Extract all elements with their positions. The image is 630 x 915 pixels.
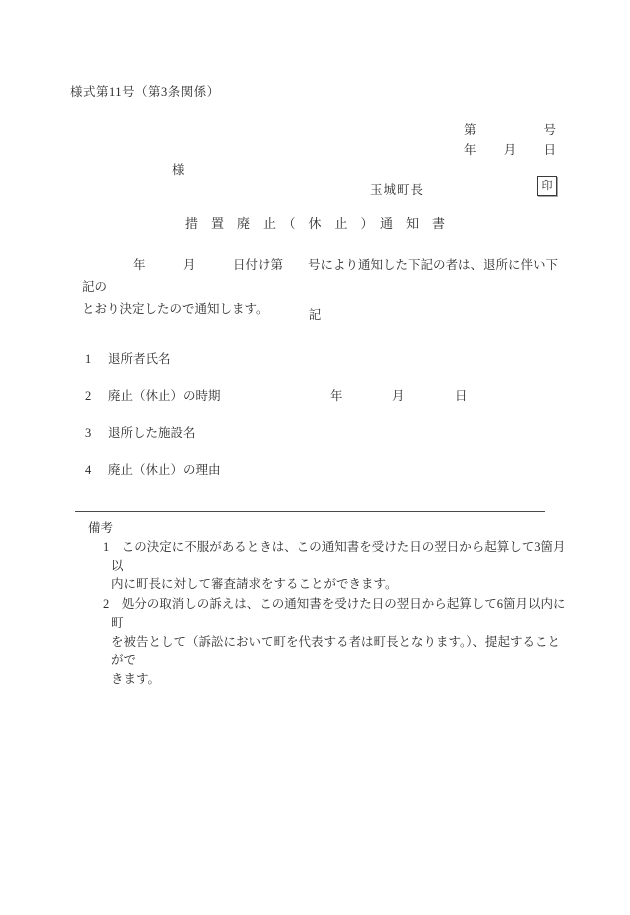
seal-placeholder-box: 印 [537, 176, 557, 196]
item-number: 1 [85, 352, 108, 367]
date-year-label: 年 [464, 140, 477, 158]
notice-form-page: 様式第11号（第3条関係） 第 号 年 月 日 様 玉城町長 印 措 置 廃 止… [0, 0, 630, 915]
document-title: 措 置 廃 止 （ 休 止 ） 通 知 書 [0, 213, 630, 232]
seal-character: 印 [542, 181, 553, 192]
item-number: 3 [85, 426, 108, 441]
item-label: 廃止（休止）の理由 [108, 463, 221, 477]
document-number-prefix: 第 [464, 120, 477, 138]
form-number-label: 様式第11号（第3条関係） [70, 82, 220, 100]
remarks-note-lawsuit: 2 処分の取消しの訴えは、この通知書を受けた日の翌日から起算して6箇月以内に町 … [111, 595, 568, 689]
date-day-label: 日 [543, 140, 556, 158]
item2-year-label: 年 [330, 386, 343, 404]
remarks-heading: 備考 [88, 518, 630, 536]
document-number-line: 第 号 [464, 120, 556, 138]
item2-month-label: 月 [392, 386, 405, 404]
document-number-suffix: 号 [543, 120, 556, 138]
item-label: 退所した施設名 [108, 426, 196, 440]
sender-title: 玉城町長 [370, 180, 424, 198]
item-row-abolition-reason: 4廃止（休止）の理由 [0, 460, 630, 478]
item-label: 退所者氏名 [108, 352, 171, 366]
item-row-resident-name: 1退所者氏名 [0, 349, 630, 367]
addressee-honorific: 様 [172, 160, 185, 178]
remarks-section: 備考 1 この決定に不服があるときは、この通知書を受けた日の翌日から起算して3箇… [0, 511, 630, 690]
remarks-note-appeal: 1 この決定に不服があるときは、この通知書を受けた日の翌日から起算して3箇月以 … [111, 538, 568, 594]
remarks-divider [75, 511, 545, 512]
item2-day-label: 日 [455, 386, 468, 404]
issue-date-line: 年 月 日 [464, 140, 556, 158]
item-row-facility-name: 3退所した施設名 [0, 423, 630, 441]
item-label: 廃止（休止）の時期 [108, 389, 221, 403]
item-number: 4 [85, 463, 108, 478]
item-row-abolition-time: 2廃止（休止）の時期 年 月 日 [0, 386, 630, 404]
item-number: 2 [85, 389, 108, 404]
date-month-label: 月 [504, 140, 517, 158]
record-marker: 記 [0, 305, 630, 323]
